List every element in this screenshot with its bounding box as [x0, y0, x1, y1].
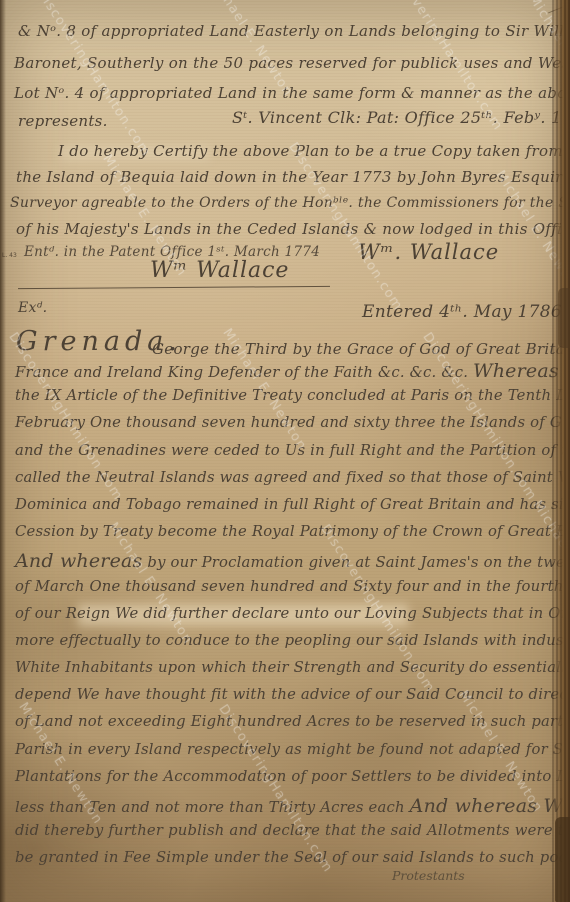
patent-body-line: Plantations for the Accommodation of poo… [15, 768, 550, 795]
patent-body-line: be granted in Fee Simple under the Seal … [15, 849, 550, 876]
patent-body-line: of Land not exceeding Eight hundred Acre… [15, 713, 550, 740]
emphasis-and-whereas: And whereas [15, 550, 143, 572]
line-text: by our Proclamation given at Saint James… [147, 554, 570, 571]
patent-body-line: and the Grenadines were ceded to Us in f… [15, 442, 550, 469]
patent-body-line: White Inhabitants upon which their Stren… [15, 659, 550, 686]
left-page-edge [0, 0, 6, 902]
certificate-line: of his Majesty's Lands in the Ceded Isla… [16, 220, 570, 238]
entered-note: Entered 4ᵗʰ. May 1786 [362, 302, 562, 322]
right-binding-edge [552, 0, 570, 902]
patent-body-line: And whereas by our Proclamation given at… [15, 550, 550, 577]
emphasis-and-whereas-we: And whereas We [410, 795, 570, 817]
patent-body-line: February One thousand seven hundred and … [15, 414, 550, 441]
memorial-line: Lot Nᵒ. 4 of appropriated Land in the sa… [14, 84, 570, 102]
signature-wallace-center: Wᵐ Wallace [150, 258, 289, 283]
patent-body-line: did thereby further publish and declare … [15, 822, 550, 849]
line-text: France and Ireland King Defender of the … [15, 364, 468, 381]
patent-body-line: depend We have thought fit with the advi… [15, 686, 550, 713]
patent-body-line: of our Reign We did further declare unto… [15, 605, 550, 632]
memorial-dateline: Sᵗ. Vincent Clk: Pat: Office 25ᵗʰ. Febʸ.… [232, 108, 570, 127]
patent-body: France and Ireland King Defender of the … [15, 360, 550, 877]
certificate-line: Surveyor agreable to the Orders of the H… [10, 195, 570, 211]
patent-body-line: called the Neutral Islands was agreed an… [15, 469, 550, 496]
patent-body-line: of March One thousand seven hundred and … [15, 578, 550, 605]
certificate-line: I do hereby Certify the above Plan to be… [58, 142, 570, 160]
patent-body-line: more effectually to conduce to the peopl… [15, 632, 550, 659]
patent-body-line: Dominica and Tobago remained in full Rig… [15, 496, 550, 523]
certificate-line: the Island of Bequia laid down in the Ye… [16, 168, 570, 186]
line-text: less than Ten and not more than Thirty A… [15, 799, 405, 816]
section-divider-rule [18, 286, 330, 289]
patent-body-line: less than Ten and not more than Thirty A… [15, 795, 550, 822]
memorial-line: Baronet, Southerly on the 50 paces reser… [14, 54, 570, 72]
examined-mark: Exᵈ. [18, 300, 47, 316]
binding-stain-bottom [555, 817, 570, 902]
memorial-line: & Nᵒ. 8 of appropriated Land Easterly on… [18, 22, 570, 40]
patent-opening-line: George the Third by the Grace of God of … [152, 340, 570, 358]
binding-stain-mid [558, 288, 570, 348]
manuscript-page: & Nᵒ. 8 of appropriated Land Easterly on… [0, 0, 570, 902]
patent-body-line: Parish in every Island respectively as m… [15, 741, 550, 768]
signature-wallace-right: Wᵐ. Wallace [358, 240, 499, 264]
patent-body-line: the IX Article of the Definitive Treaty … [15, 387, 550, 414]
catchword: Protestants [392, 868, 465, 883]
memorial-line: represents. [18, 112, 108, 130]
patent-body-line: France and Ireland King Defender of the … [15, 360, 550, 387]
patent-body-line: Cession by Treaty become the Royal Patri… [15, 523, 550, 550]
